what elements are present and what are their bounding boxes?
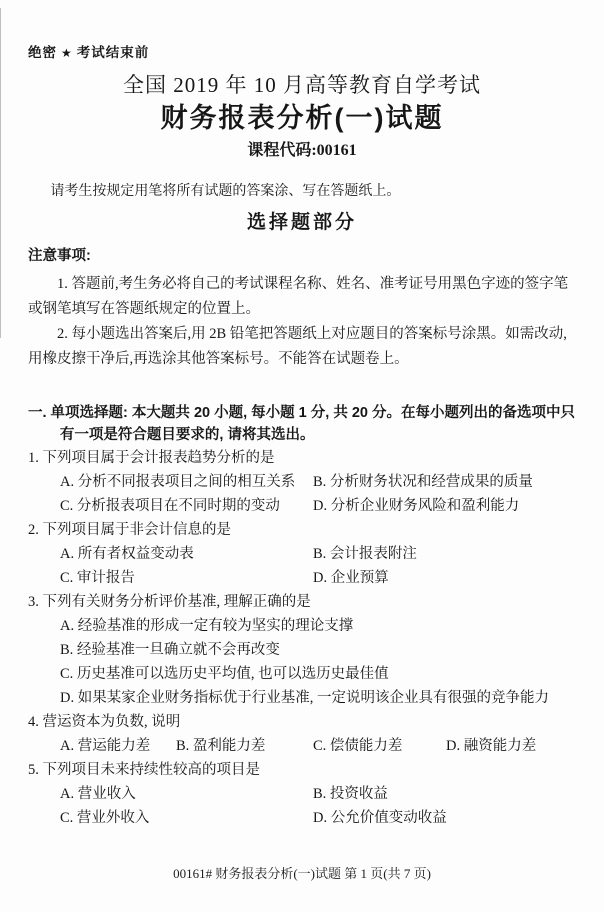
question-2-option-a: A. 所有者权益变动表 <box>60 542 313 566</box>
question-4: 4. 营运资本为负数, 说明 A. 营运能力差 B. 盈利能力差 C. 偿债能力… <box>28 710 576 758</box>
question-3-option-d: D. 如果某家企业财务指标优于行业基准, 一定说明该企业具有很强的竞争能力 <box>60 686 576 710</box>
part-title: 选择题部分 <box>28 211 576 235</box>
exam-instruction: 请考生按规定用笔将所有试题的答案涂、写在答题纸上。 <box>28 182 576 201</box>
question-2-option-d: D. 企业预算 <box>313 566 576 590</box>
question-2-option-c: C. 审计报告 <box>60 566 313 590</box>
question-2: 2. 下列项目属于非会计信息的是 A. 所有者权益变动表 B. 会计报表附注 C… <box>28 518 576 590</box>
question-4-option-c: C. 偿债能力差 <box>313 734 446 758</box>
note-item-1: 1. 答题前,考生务必将自己的考试课程名称、姓名、准考证号用黑色字迹的签字笔或钢… <box>28 272 576 322</box>
question-4-stem: 4. 营运资本为负数, 说明 <box>28 710 576 734</box>
section-one-heading: 一. 单项选择题: 本大题共 20 小题, 每小题 1 分, 共 20 分。在每… <box>28 402 576 446</box>
question-5-options: A. 营业收入 B. 投资收益 C. 营业外收入 D. 公允价值变动收益 <box>60 782 576 830</box>
question-5-option-a: A. 营业收入 <box>60 782 313 806</box>
star-icon: ★ <box>57 46 77 60</box>
question-1-option-c: C. 分析报表项目在不同时期的变动 <box>60 494 313 518</box>
question-2-option-b: B. 会计报表附注 <box>313 542 576 566</box>
exam-title: 全国 2019 年 10 月高等教育自学考试 <box>28 72 576 99</box>
question-1-stem: 1. 下列项目属于会计报表趋势分析的是 <box>28 446 576 470</box>
question-3-options: A. 经验基准的形成一定有较为坚实的理论支撑 B. 经验基准一旦确立就不会再改变… <box>60 614 576 710</box>
question-1-option-d: D. 分析企业财务风险和盈利能力 <box>313 494 576 518</box>
notes-title: 注意事项: <box>28 248 576 265</box>
question-4-option-b: B. 盈利能力差 <box>176 734 313 758</box>
question-5-option-c: C. 营业外收入 <box>60 806 313 830</box>
question-4-option-d: D. 融资能力差 <box>446 734 576 758</box>
question-2-stem: 2. 下列项目属于非会计信息的是 <box>28 518 576 542</box>
exam-page: 绝密★考试结束前 全国 2019 年 10 月高等教育自学考试 财务报表分析(一… <box>0 0 604 830</box>
question-1-option-b: B. 分析财务状况和经营成果的质量 <box>313 470 576 494</box>
page-footer: 00161# 财务报表分析(一)试题 第 1 页(共 7 页) <box>0 865 604 882</box>
classification-right-label: 考试结束前 <box>77 45 150 60</box>
question-5-stem: 5. 下列项目未来持续性较高的项目是 <box>28 758 576 782</box>
question-5: 5. 下列项目未来持续性较高的项目是 A. 营业收入 B. 投资收益 C. 营业… <box>28 758 576 830</box>
course-code: 课程代码:00161 <box>28 141 576 161</box>
question-3: 3. 下列有关财务分析评价基准, 理解正确的是 A. 经验基准的形成一定有较为坚… <box>28 590 576 710</box>
question-1-option-a: A. 分析不同报表项目之间的相互关系 <box>60 470 313 494</box>
question-3-option-b: B. 经验基准一旦确立就不会再改变 <box>60 638 576 662</box>
question-5-option-d: D. 公允价值变动收益 <box>313 806 576 830</box>
paper-title: 财务报表分析(一)试题 <box>28 102 576 135</box>
question-3-stem: 3. 下列有关财务分析评价基准, 理解正确的是 <box>28 590 576 614</box>
note-item-2: 2. 每小题选出答案后,用 2B 铅笔把答题纸上对应题目的答案标号涂黑。如需改动… <box>28 322 576 372</box>
classification-left-label: 绝密 <box>28 45 57 60</box>
question-1-options: A. 分析不同报表项目之间的相互关系 B. 分析财务状况和经营成果的质量 C. … <box>60 470 576 518</box>
question-list: 1. 下列项目属于会计报表趋势分析的是 A. 分析不同报表项目之间的相互关系 B… <box>28 446 576 830</box>
question-4-option-a: A. 营运能力差 <box>60 734 176 758</box>
security-classification: 绝密★考试结束前 <box>28 0 576 62</box>
question-4-options: A. 营运能力差 B. 盈利能力差 C. 偿债能力差 D. 融资能力差 <box>60 734 576 758</box>
question-3-option-c: C. 历史基准可以选历史平均值, 也可以选历史最佳值 <box>60 662 576 686</box>
question-3-option-a: A. 经验基准的形成一定有较为坚实的理论支撑 <box>60 614 576 638</box>
question-1: 1. 下列项目属于会计报表趋势分析的是 A. 分析不同报表项目之间的相互关系 B… <box>28 446 576 518</box>
question-2-options: A. 所有者权益变动表 B. 会计报表附注 C. 审计报告 D. 企业预算 <box>60 542 576 590</box>
question-5-option-b: B. 投资收益 <box>313 782 576 806</box>
